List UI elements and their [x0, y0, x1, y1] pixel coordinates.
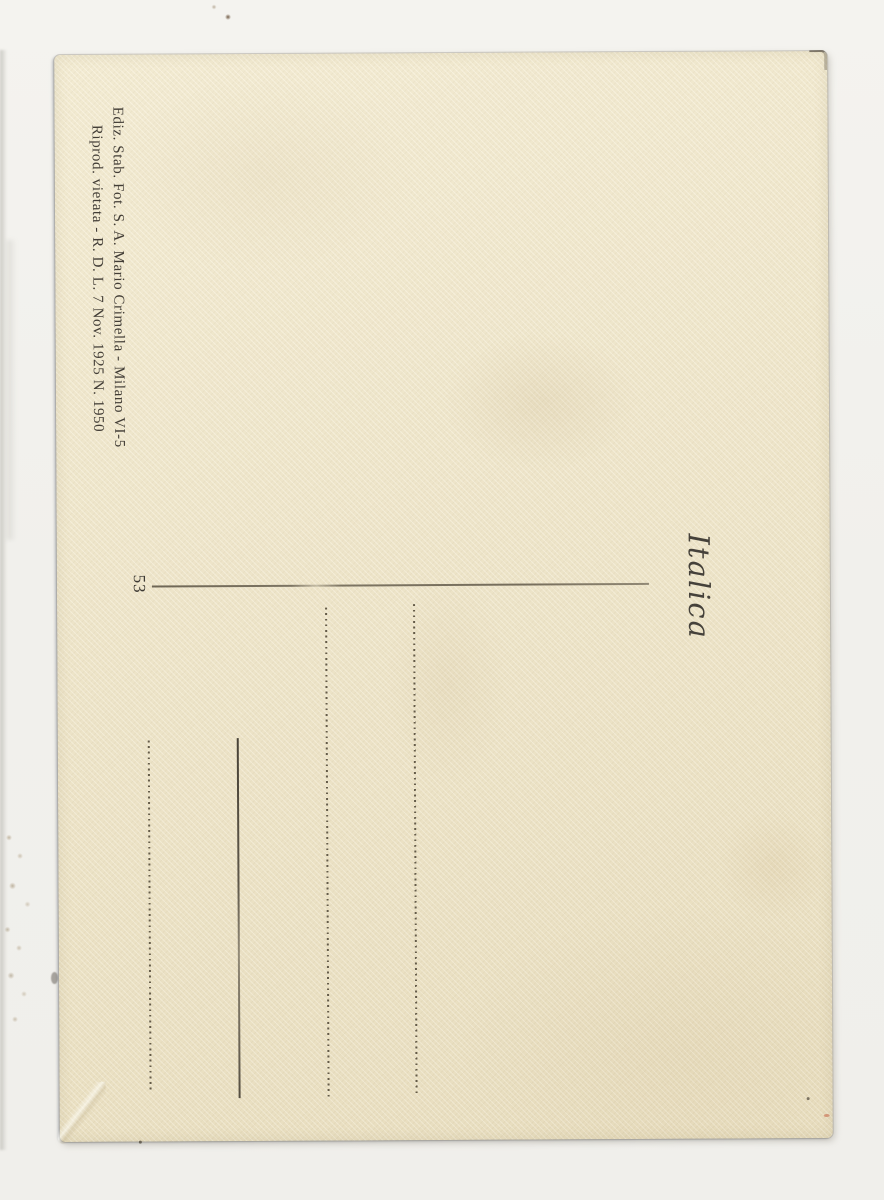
scanner-background: Ediz. Stab. Fot. S. A. Mario Crimella - …: [0, 0, 884, 1200]
corner-wear-mark: [809, 50, 827, 70]
publisher-imprint: Ediz. Stab. Fot. S. A. Mario Crimella - …: [85, 107, 129, 527]
postcard-back: Ediz. Stab. Fot. S. A. Mario Crimella - …: [54, 51, 833, 1142]
series-name-script: Italica: [680, 517, 719, 657]
stain-speck-red: [824, 1114, 830, 1117]
address-line-solid: [237, 738, 241, 1098]
address-line-dotted-1: [148, 741, 152, 1094]
scanner-margin-smudge: [0, 810, 50, 1040]
address-line-dotted-3: [413, 604, 417, 1096]
stain-speck-dark: [807, 1097, 810, 1100]
scanner-margin-blob: [51, 972, 58, 984]
scanner-edge-streak-2: [7, 240, 16, 540]
card-number: 53: [129, 575, 149, 594]
publisher-line-2: Riprod. vietata - R. D. L. 7 Nov. 1925 N…: [85, 107, 108, 527]
stain-speck-edge: [139, 1141, 142, 1144]
divider-rule: [152, 583, 649, 587]
publisher-line-1: Ediz. Stab. Fot. S. A. Mario Crimella - …: [106, 107, 129, 527]
corner-crease: [58, 1082, 106, 1144]
address-line-dotted-2: [325, 608, 329, 1097]
